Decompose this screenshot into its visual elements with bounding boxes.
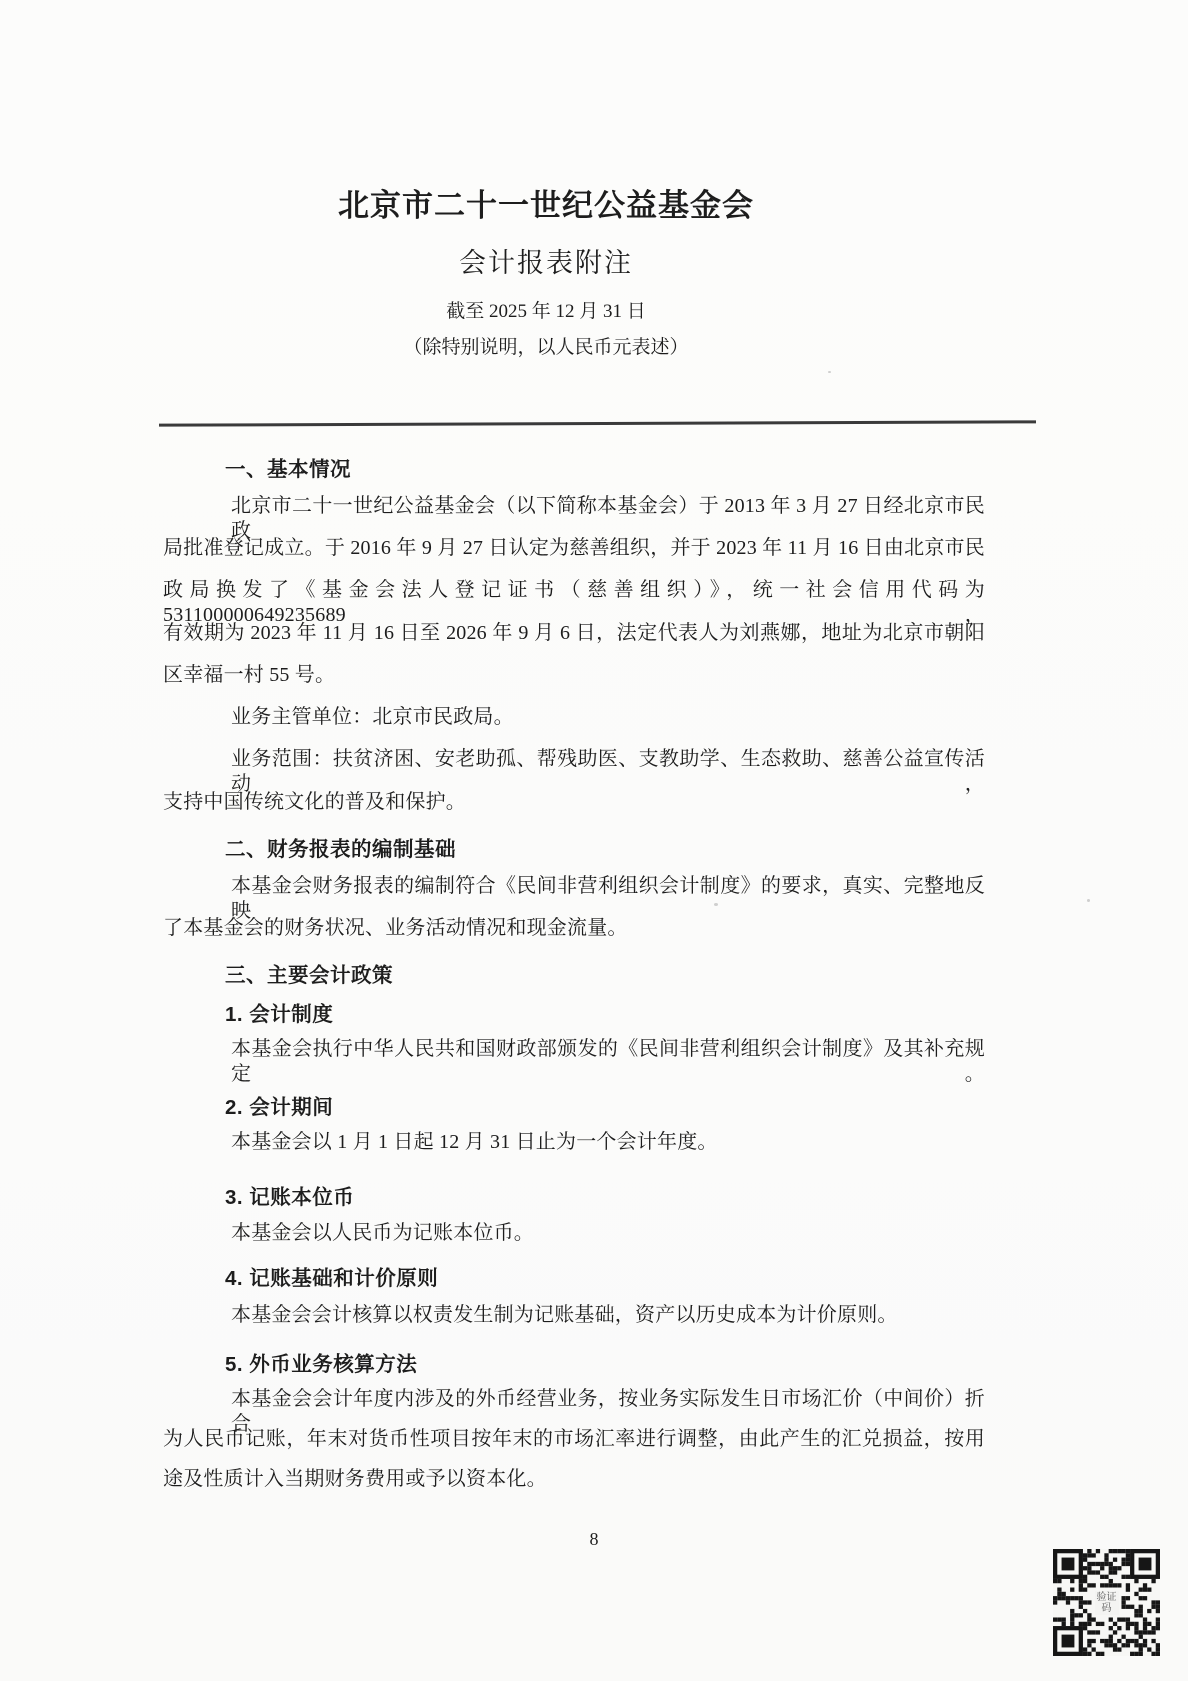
- scan-speckle: [714, 903, 718, 906]
- as-of-date: 截至 2025 年 12 月 31 日: [0, 296, 1092, 323]
- subsection-heading-foreign-currency: 5. 外币业务核算方法: [225, 1347, 417, 1377]
- qr-label-bottom: 码: [1102, 1603, 1112, 1614]
- subsection-heading-accounting-basis: 4. 记账基础和计价原则: [225, 1261, 438, 1291]
- horizontal-rule: [159, 420, 1036, 426]
- currency-note: （除特别说明，以人民币元表述）: [0, 332, 1092, 359]
- body-line: 有效期为 2023 年 11 月 16 日至 2026 年 9 月 6 日，法定…: [163, 621, 985, 646]
- body-line: 支持中国传统文化的普及和保护。: [163, 790, 985, 815]
- body-line: 本基金会以 1 月 1 日起 12 月 31 日止为一个会计年度。: [231, 1130, 985, 1155]
- scan-speckle: [1087, 899, 1090, 902]
- body-line: 途及性质计入当期财务费用或予以资本化。: [163, 1467, 985, 1492]
- section-heading-basic-info: 一、基本情况: [225, 452, 351, 482]
- body-line: 区幸福一村 55 号。: [163, 663, 985, 688]
- body-line: 本基金会会计核算以权责发生制为记账基础，资产以历史成本为计价原则。: [231, 1303, 985, 1328]
- qr-label-top: 验证: [1097, 1592, 1117, 1603]
- scanned-document-page: 北京市二十一世纪公益基金会 会计报表附注 截至 2025 年 12 月 31 日…: [0, 0, 1188, 1681]
- subsection-heading-accounting-system: 1. 会计制度: [225, 997, 333, 1027]
- document-title: 北京市二十一世纪公益基金会: [0, 180, 1092, 225]
- section-heading-preparation-basis: 二、财务报表的编制基础: [225, 832, 456, 862]
- body-line: 局批准登记成立。于 2016 年 9 月 27 日认定为慈善组织，并于 2023…: [163, 536, 985, 561]
- verification-qr-code: 验证 码: [1053, 1549, 1160, 1656]
- body-line: 本基金会以人民币为记账本位币。: [231, 1221, 985, 1246]
- scan-speckle: [828, 371, 831, 373]
- section-heading-accounting-policies: 三、主要会计政策: [225, 958, 393, 988]
- subsection-heading-functional-currency: 3. 记账本位币: [225, 1180, 354, 1210]
- body-line: 业务主管单位：北京市民政局。: [231, 705, 985, 730]
- qr-center-label: 验证 码: [1095, 1591, 1119, 1615]
- body-line: 了本基金会的财务状况、业务活动情况和现金流量。: [163, 916, 985, 941]
- subsection-heading-accounting-period: 2. 会计期间: [225, 1090, 333, 1120]
- body-line: 本基金会执行中华人民共和国财政部颁发的《民间非营利组织会计制度》及其补充规定。: [231, 1037, 985, 1087]
- body-line: 为人民币记账，年末对货币性项目按年末的市场汇率进行调整，由此产生的汇兑损益，按用: [163, 1427, 985, 1452]
- page-number: 8: [0, 1529, 1188, 1550]
- document-subtitle: 会计报表附注: [0, 241, 1092, 280]
